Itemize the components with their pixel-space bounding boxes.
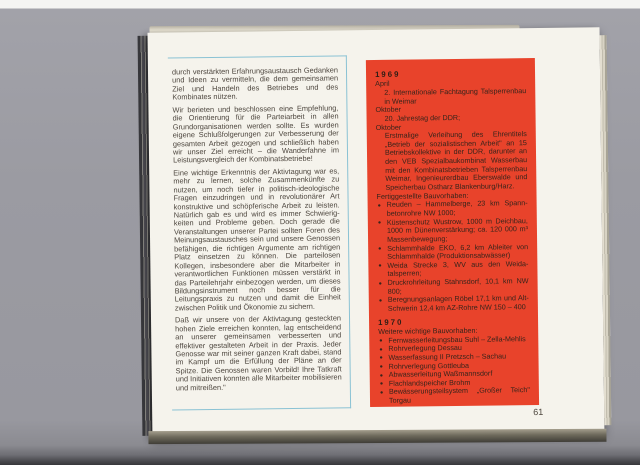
bullet-icon: ● <box>380 388 389 405</box>
bullet-text: Beregnungsanlagen Röbel 17,1 km und Alt-… <box>388 294 529 313</box>
bullet-icon: ● <box>380 371 389 380</box>
chronicle-box: 1969 April 2. Internationale Fachtagung … <box>366 58 539 407</box>
paragraph: Wir berieten und beschlossen eine Empfeh… <box>172 104 339 165</box>
bullet-item: ● Beregnungsanlagen Röbel 17,1 km und Al… <box>379 294 529 313</box>
bullet-item: ● Bewässerungsteilsystem „Großer Teich" … <box>380 387 530 406</box>
bullet-icon: ● <box>379 345 388 354</box>
bullet-icon: ● <box>380 362 389 371</box>
book-bottom-edge <box>148 429 606 444</box>
page-number: 61 <box>533 407 543 417</box>
left-text-column: durch verstärkten Erfahrungsaustausch Ge… <box>168 55 351 410</box>
year-1969-heading: 1969 <box>375 68 526 79</box>
bullet-icon: ● <box>379 279 388 296</box>
bullet-item: ● Küstenschutz Wustrow, 1000 m Deich­bau… <box>378 217 528 245</box>
book-page: durch verstärkten Erfahrungsaustausch Ge… <box>148 27 605 436</box>
chronicle-entry: 2. Internationale Fachtagung Talsperren­… <box>384 87 526 106</box>
bullet-icon: ● <box>379 296 388 313</box>
bullet-text: Bewässerungsteilsystem „Großer Teich" To… <box>389 387 530 406</box>
paragraph: Eine wichtige Erkenntnis der Aktivtagung… <box>173 167 341 312</box>
chronicle-entry: Erstmalige Verleihung des Ehrentitels „B… <box>385 130 528 192</box>
bullet-icon: ● <box>378 262 387 279</box>
bullet-icon: ● <box>379 354 388 363</box>
bullet-icon: ● <box>379 336 388 345</box>
photo-backdrop: durch verstärkten Erfahrungsaustausch Ge… <box>0 0 640 465</box>
bullet-text: Küstenschutz Wustrow, 1000 m Deich­bau, … <box>387 217 528 245</box>
bullet-icon: ● <box>378 201 387 218</box>
paragraph: Daß wir unsere von der Aktivtagung geste… <box>175 315 342 393</box>
open-book: durch verstärkten Erfahrungsaustausch Ge… <box>133 19 614 451</box>
paragraph: durch verstärkten Erfahrungsaustausch Ge… <box>172 66 338 102</box>
bullet-icon: ● <box>378 244 387 261</box>
bullet-icon: ● <box>378 218 387 244</box>
bullet-icon: ● <box>380 380 389 389</box>
